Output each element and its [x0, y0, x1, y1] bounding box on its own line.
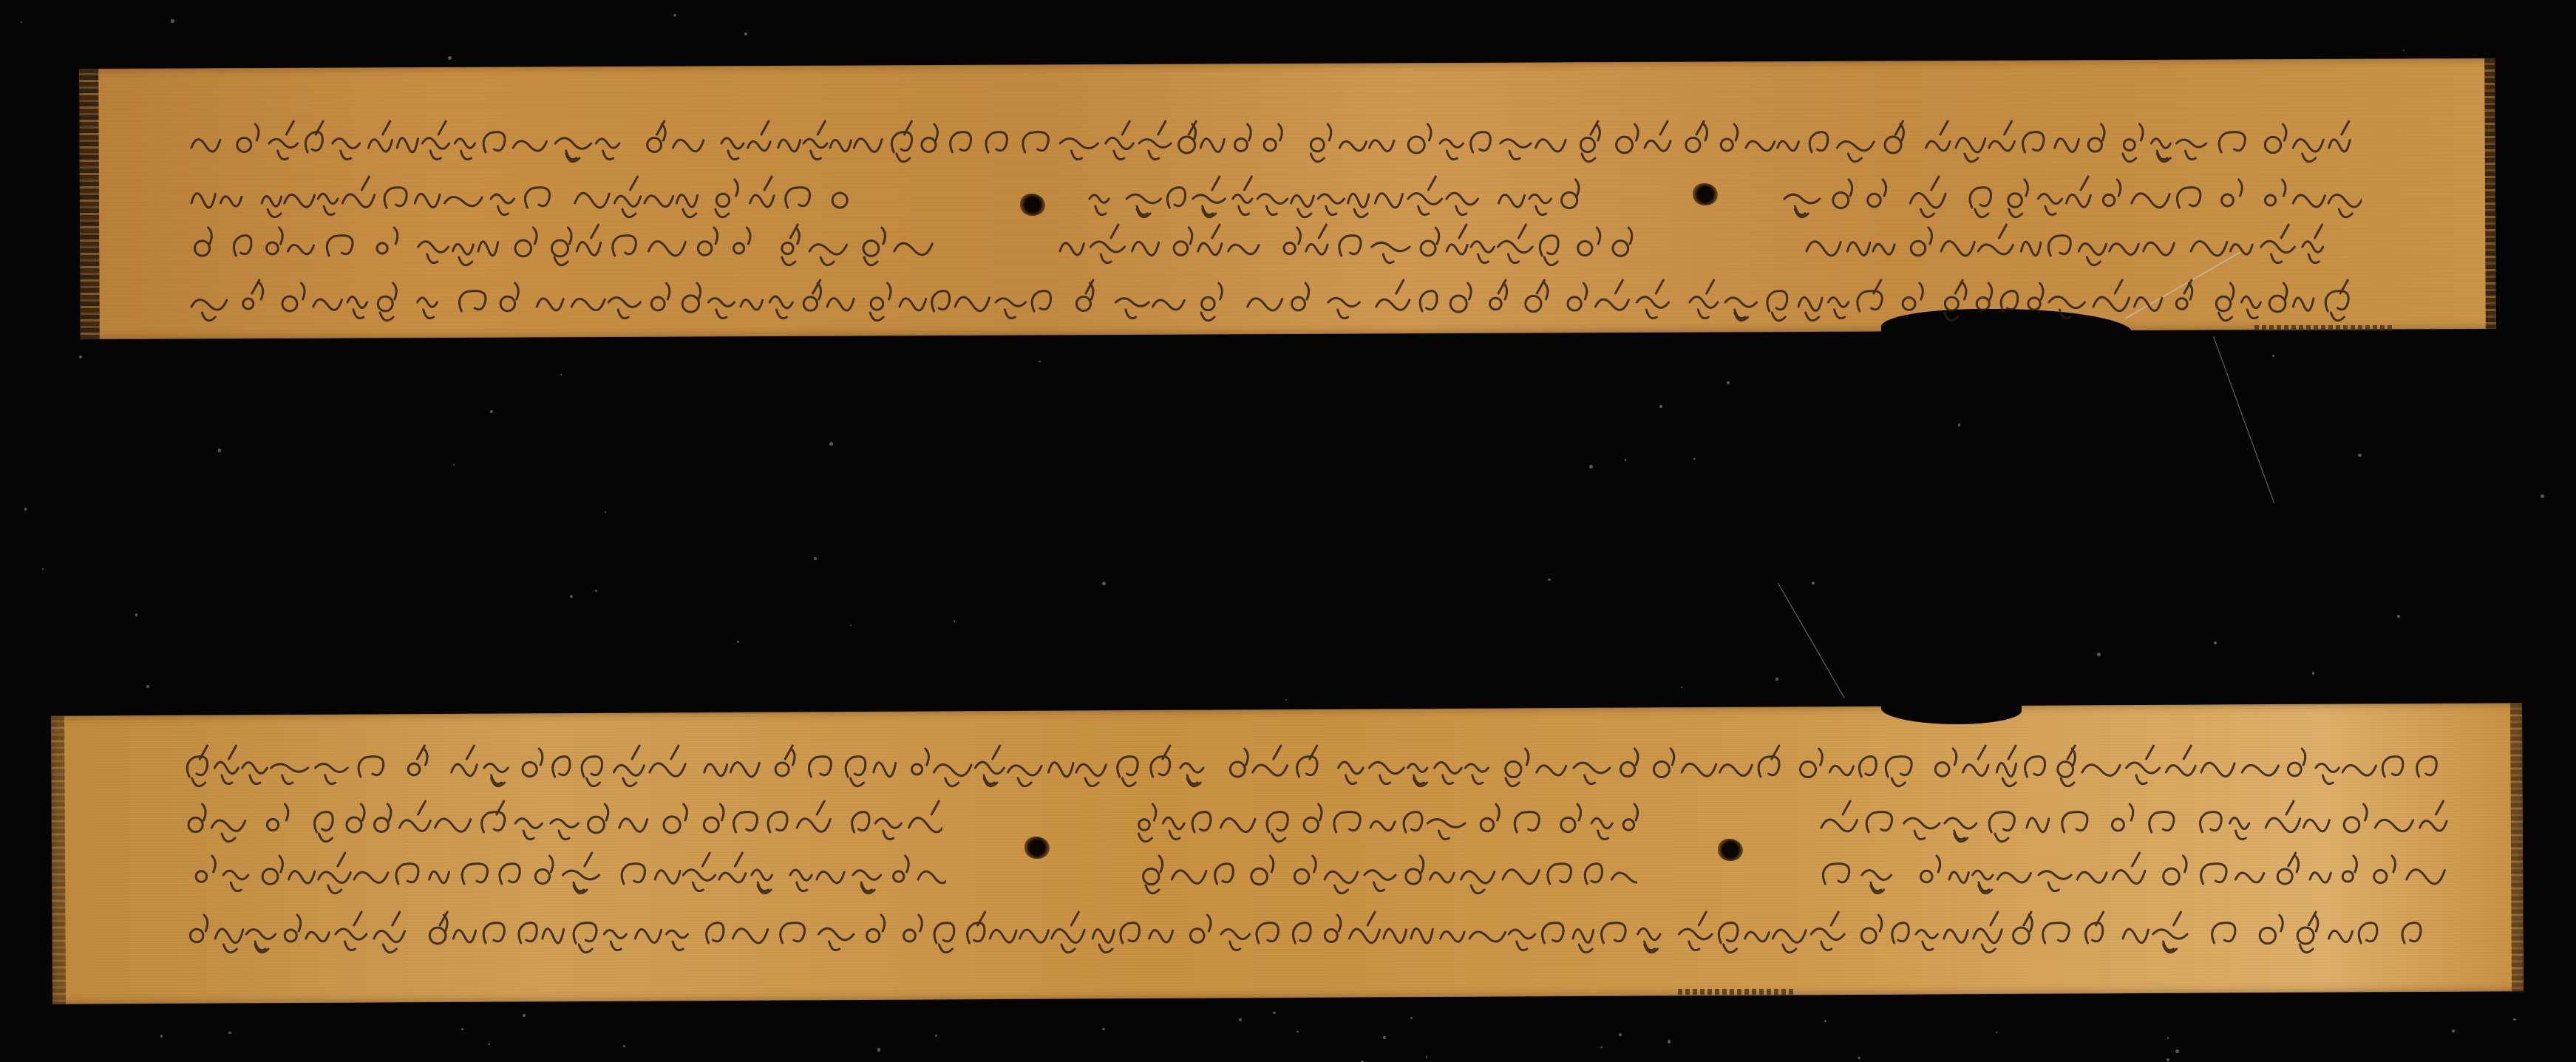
string-hole: [1020, 194, 1045, 216]
dust-speck: [829, 442, 833, 446]
charred-left-edge: [51, 716, 66, 1004]
dust-speck: [814, 557, 817, 560]
dust-speck: [2397, 615, 2400, 618]
manuscript-text-line: [188, 174, 850, 225]
dust-speck: [2541, 494, 2544, 498]
dust-speck: [171, 19, 174, 23]
dust-speck: [160, 1035, 163, 1037]
manuscript-text-line: [188, 222, 939, 273]
manuscript-text-line: [1057, 222, 1656, 273]
dust-speck: [1619, 1033, 1622, 1036]
dust-speck: [1668, 1040, 1671, 1043]
string-hole: [1024, 837, 1050, 859]
manuscript-text-line: [1087, 174, 1604, 225]
dust-speck: [228, 1032, 231, 1035]
dust-speck: [1102, 1028, 1105, 1031]
manuscript-text-line: [181, 850, 946, 902]
manuscript-text-line: [188, 277, 2362, 329]
dust-speck: [877, 1048, 881, 1052]
dust-speck: [1858, 1057, 1860, 1059]
dust-speck: [79, 355, 83, 359]
dust-speck: [1727, 381, 1730, 384]
dust-speck: [935, 1035, 937, 1037]
manuscript-text-line: [1818, 798, 2461, 850]
manuscript-text-line: [181, 909, 2439, 961]
dust-speck: [2167, 1058, 2169, 1061]
dust-speck: [461, 1028, 463, 1030]
dust-speck: [954, 620, 955, 622]
dust-speck: [737, 641, 739, 643]
dust-speck: [1824, 1020, 1826, 1022]
dust-speck: [1589, 465, 1593, 469]
dust-speck: [1600, 1046, 1602, 1048]
dust-speck: [595, 590, 597, 592]
manuscript-text-line: [1781, 174, 2362, 225]
edge-scratches: [1678, 989, 1796, 995]
dust-speck: [560, 374, 562, 375]
dust-speck: [1996, 1032, 1997, 1033]
dust-speck: [2312, 672, 2315, 675]
dust-speck: [2272, 355, 2274, 357]
dust-speck: [218, 449, 221, 452]
dust-speck: [2452, 1029, 2455, 1032]
dust-speck: [1681, 687, 1682, 688]
dust-speck: [448, 56, 452, 60]
loose-fiber: [2213, 336, 2274, 503]
charred-right-edge: [2510, 703, 2524, 991]
manuscript-text-line: [181, 798, 942, 850]
dust-speck: [2175, 1049, 2179, 1053]
dust-speck: [623, 1045, 625, 1047]
dust-speck: [570, 595, 573, 598]
dust-speck: [2097, 653, 2101, 656]
charred-left-edge: [79, 69, 100, 339]
dust-speck: [1297, 1031, 1299, 1033]
dust-speck: [453, 464, 455, 466]
manuscript-text-line: [188, 118, 2362, 170]
dust-speck: [1102, 582, 1106, 585]
dust-speck: [1812, 582, 1815, 585]
dust-speck: [2358, 454, 2362, 457]
dust-speck: [523, 1014, 526, 1017]
manuscript-text-line: [1127, 798, 1659, 850]
string-hole: [1718, 839, 1743, 861]
dust-speck: [2403, 50, 2405, 51]
dust-speck: [1693, 458, 1695, 460]
dust-speck: [1625, 459, 1626, 460]
dust-speck: [2513, 1018, 2516, 1021]
charred-right-edge: [2484, 58, 2496, 329]
loose-fiber: [1778, 583, 1845, 698]
dust-speck: [850, 624, 852, 626]
dust-speck: [488, 1044, 490, 1046]
dust-speck: [1039, 361, 1040, 362]
dust-speck: [1410, 1017, 1413, 1019]
dust-speck: [1285, 699, 1288, 701]
dust-speck: [1239, 1018, 1242, 1021]
manuscript-text-line: [181, 743, 2450, 794]
dust-speck: [490, 410, 493, 413]
dust-speck: [673, 14, 676, 17]
dust-speck: [1273, 1012, 1276, 1015]
dust-speck: [605, 511, 606, 513]
manuscript-text-line: [1135, 850, 1637, 902]
dust-speck: [21, 21, 22, 23]
dust-speck: [1958, 423, 1961, 426]
dust-speck: [1548, 579, 1551, 582]
dust-speck: [146, 685, 149, 688]
dust-speck: [135, 613, 138, 616]
dust-speck: [2214, 641, 2217, 644]
manuscript-text-line: [1815, 850, 2458, 902]
dust-speck: [1426, 1056, 1427, 1058]
dust-speck: [42, 568, 44, 570]
dust-speck: [744, 33, 747, 35]
dust-speck: [2167, 1037, 2169, 1039]
dust-speck: [24, 508, 27, 510]
dust-speck: [1383, 1036, 1386, 1039]
dust-speck: [1775, 678, 1778, 680]
dust-speck: [1659, 405, 1662, 408]
manuscript-text-line: [1804, 222, 2362, 273]
string-hole: [1693, 183, 1718, 205]
